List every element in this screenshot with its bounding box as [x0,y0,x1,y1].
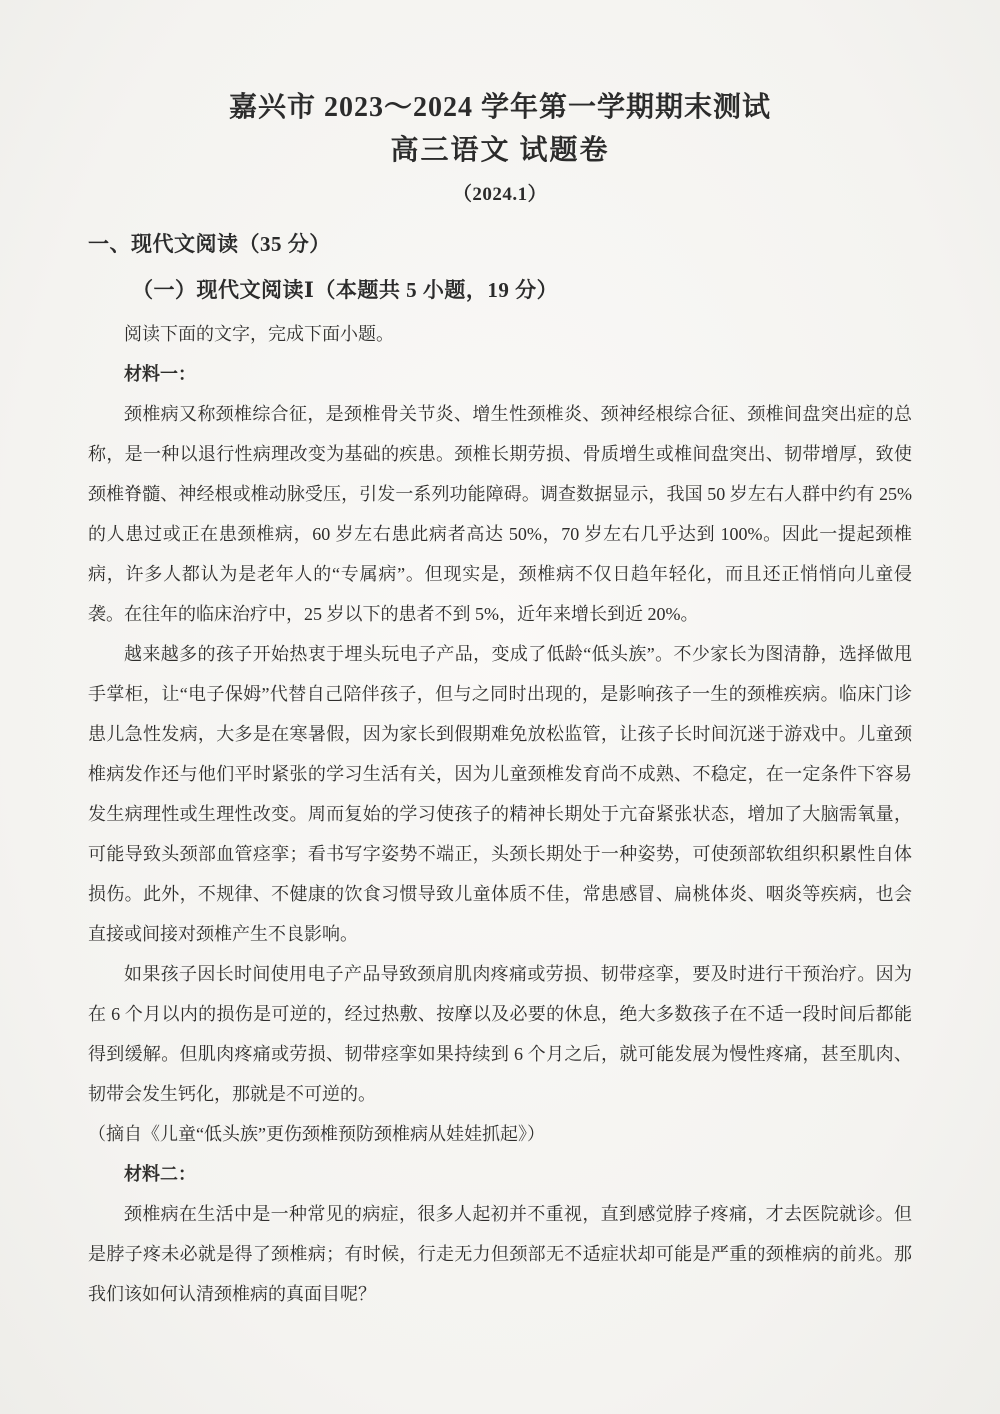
exam-subtitle: 高三语文 试题卷 [88,129,912,172]
material-1-paragraph-2: 越来越多的孩子开始热衷于埋头玩电子产品，变成了低龄“低头族”。不少家长为图清静，… [88,634,912,954]
title-block: 嘉兴市 2023～2024 学年第一学期期末测试 高三语文 试题卷 （2024.… [88,86,912,206]
material-1-paragraph-1: 颈椎病又称颈椎综合征，是颈椎骨关节炎、增生性颈椎炎、颈神经根综合征、颈椎间盘突出… [88,394,912,634]
section-1-heading: 一、现代文阅读（35 分） [88,228,912,258]
exam-title: 嘉兴市 2023～2024 学年第一学期期末测试 [88,86,912,129]
exam-paper-page: 嘉兴市 2023～2024 学年第一学期期末测试 高三语文 试题卷 （2024.… [0,0,1000,1414]
material-2-paragraph-1: 颈椎病在生活中是一种常见的病症，很多人起初并不重视，直到感觉脖子疼痛，才去医院就… [88,1194,912,1314]
exam-date: （2024.1） [88,179,912,206]
subsection-1-heading: （一）现代文阅读Ⅰ（本题共 5 小题，19 分） [132,274,912,304]
material-1-label: 材料一： [88,354,912,394]
material-1-paragraph-3: 如果孩子因长时间使用电子产品导致颈肩肌肉疼痛或劳损、韧带痉挛，要及时进行干预治疗… [88,954,912,1114]
reading-instruction: 阅读下面的文字，完成下面小题。 [88,314,912,354]
material-2-label: 材料二： [88,1154,912,1194]
reading-passage: 阅读下面的文字，完成下面小题。 材料一： 颈椎病又称颈椎综合征，是颈椎骨关节炎、… [88,314,912,1314]
material-1-source-attribution: （摘自《儿童“低头族”更伤颈椎预防颈椎病从娃娃抓起》） [88,1114,912,1154]
